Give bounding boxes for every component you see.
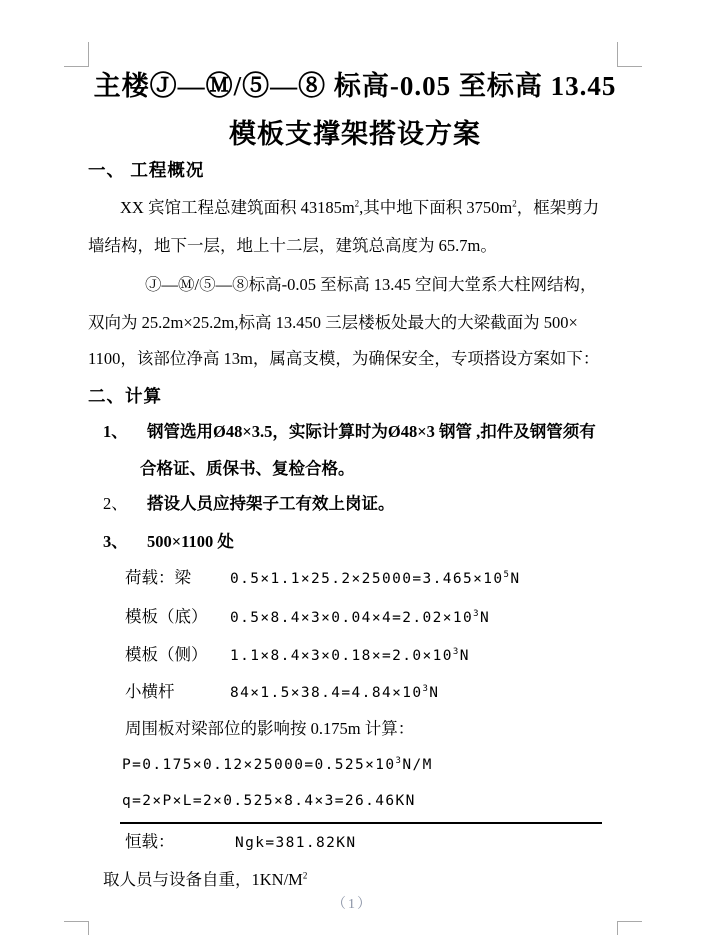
row-label: 模板（底） xyxy=(125,607,230,627)
item2-number: 2、 xyxy=(103,494,147,514)
row-formula: 84×1.5×38.4=4.84×103N xyxy=(230,685,439,701)
calc-row-beam: 荷载：梁0.5×1.1×25.2×25000=3.465×105N xyxy=(125,568,520,588)
list-item-1-line2: 合格证、质保书、复检合格。 xyxy=(140,459,355,479)
document-title-line1: 主楼Ⓙ—Ⓜ/⑤—⑧ 标高-0.05 至标高 13.45 xyxy=(70,64,640,103)
surrounding-slab-note: 周围板对梁部位的影响按 0.175m 计算： xyxy=(125,719,414,739)
row-formula: 1.1×8.4×3×0.18×=2.0×103N xyxy=(230,648,470,664)
row-label: 模板（侧） xyxy=(125,645,230,665)
item3-text: 500×1100 处 xyxy=(147,532,234,551)
exponent: 3 xyxy=(473,609,480,619)
dead-load-row: 恒载：Ngk=381.82KN xyxy=(125,832,357,852)
list-item-2: 2、搭设人员应持架子工有效上岗证。 xyxy=(103,494,395,514)
crop-mark-bottom-left-icon xyxy=(64,921,89,935)
exponent: 2 xyxy=(303,871,308,881)
p-formula: P=0.175×0.12×25000=0.525×103N/M xyxy=(122,757,433,773)
dead-load-label: 恒载： xyxy=(125,832,235,852)
live-load-line: 取人员与设备自重，1KN/M2 xyxy=(103,870,307,890)
page-number: （1） xyxy=(0,893,705,913)
dead-load-value: Ngk=381.82KN xyxy=(235,835,357,851)
list-item-1-line1: 1、钢管选用Ø48×3.5，实际计算时为Ø48×3 钢管 ,扣件及钢管须有 xyxy=(103,422,596,442)
item3-number: 3、 xyxy=(103,532,147,552)
crop-mark-bottom-right-icon xyxy=(617,921,642,935)
overview-paragraph2-line1: Ⓙ—Ⓜ/⑤—⑧标高-0.05 至标高 13.45 空间大堂系大柱网结构， xyxy=(145,275,596,295)
p1-seg1: XX 宾馆工程总建筑面积 43185m xyxy=(120,198,355,217)
row-label: 荷载：梁 xyxy=(125,568,230,588)
exponent: 3 xyxy=(453,647,460,657)
table-divider-line xyxy=(120,822,602,824)
overview-paragraph2-line3: 1100，该部位净高 13m，属高支模，为确保安全，专项搭设方案如下： xyxy=(88,349,599,369)
row-formula: 0.5×1.1×25.2×25000=3.465×105N xyxy=(230,571,520,587)
section2-heading: 二、计算 xyxy=(88,383,162,408)
calc-row-form-side: 模板（侧）1.1×8.4×3×0.18×=2.0×103N xyxy=(125,645,470,665)
calc-row-small-crossbar: 小横杆84×1.5×38.4=4.84×103N xyxy=(125,682,439,702)
document-page: 主楼Ⓙ—Ⓜ/⑤—⑧ 标高-0.05 至标高 13.45 模板支撑架搭设方案 一、… xyxy=(0,0,705,935)
row-formula: 0.5×8.4×3×0.04×4=2.02×103N xyxy=(230,610,490,626)
section1-heading: 一、 工程概况 xyxy=(88,157,204,182)
overview-paragraph1-line1: XX 宾馆工程总建筑面积 43185m2,其中地下面积 3750m2，框架剪力 xyxy=(120,198,599,218)
item2-text: 搭设人员应持架子工有效上岗证。 xyxy=(147,494,395,513)
overview-paragraph1-line2: 墙结构，地下一层，地上十二层，建筑总高度为 65.7m。 xyxy=(88,236,497,256)
item1-number: 1、 xyxy=(103,422,147,442)
p1-seg2: ,其中地下面积 3750m xyxy=(359,198,512,217)
overview-paragraph2-line2: 双向为 25.2m×25.2m,标高 13.450 三层楼板处最大的大梁截面为 … xyxy=(88,313,578,333)
p1-seg3: ，框架剪力 xyxy=(517,198,600,217)
item1-text-line1: 钢管选用Ø48×3.5，实际计算时为Ø48×3 钢管 ,扣件及钢管须有 xyxy=(147,422,596,441)
list-item-3: 3、500×1100 处 xyxy=(103,532,234,552)
q-formula: q=2×P×L=2×0.525×8.4×3=26.46KN xyxy=(122,793,416,809)
document-title-line2: 模板支撑架搭设方案 xyxy=(70,112,640,151)
calc-row-form-bottom: 模板（底）0.5×8.4×3×0.04×4=2.02×103N xyxy=(125,607,490,627)
row-label: 小横杆 xyxy=(125,682,230,702)
